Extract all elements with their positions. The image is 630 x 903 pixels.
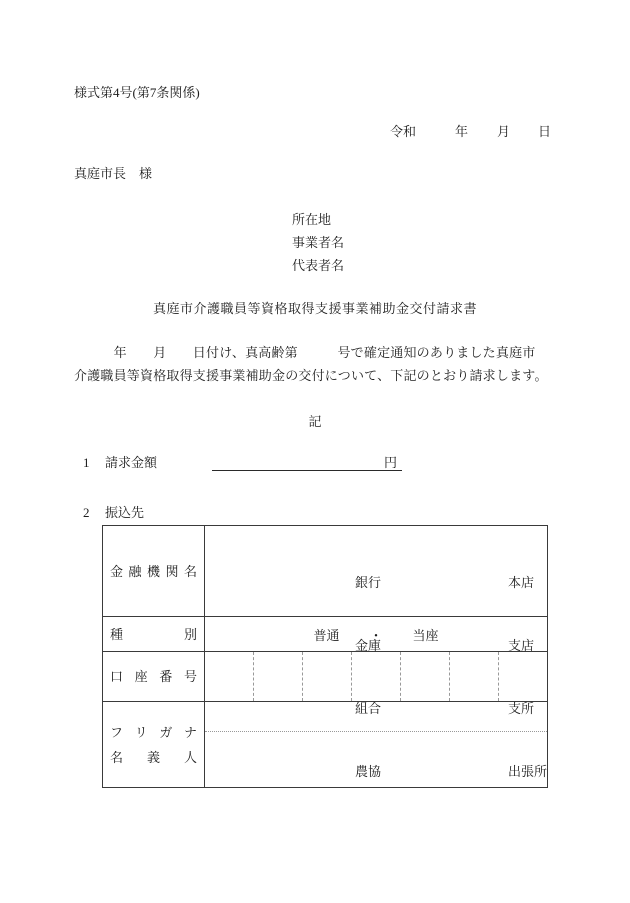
account-type-ordinary: 普通: [313, 625, 339, 644]
furigana-separator-line: [205, 731, 547, 732]
account-holder-cell: [205, 702, 547, 787]
account-number-header: 口 座 番 号: [103, 652, 205, 701]
account-number-row: 口 座 番 号: [103, 652, 547, 702]
record-marker: 記: [0, 414, 630, 429]
body-paragraph-line1: 年 月 日付け、真高齢第 号で確定通知のありました真庭市: [74, 345, 552, 360]
account-digit-box: [303, 652, 352, 701]
account-type-cell: 普通 ・ 当座: [205, 617, 547, 651]
account-digit-box: [499, 652, 547, 701]
account-type-row: 種 別 普通 ・ 当座: [103, 617, 547, 652]
account-type-current: 当座: [413, 625, 439, 644]
account-digit-box: [450, 652, 499, 701]
branch-type-head-office: 本店: [508, 572, 547, 593]
financial-institution-cell: 銀行 金庫 組合 農協 本店 支店 支所 出張所: [205, 526, 547, 616]
sender-address-label: 所在地: [292, 212, 331, 227]
document-title: 真庭市介護職員等資格取得支援事業補助金交付請求書: [0, 301, 630, 316]
account-number-cell: [205, 652, 547, 701]
furigana-label: フ リ ガ ナ: [110, 720, 197, 745]
financial-institution-label: 金 融 機 関 名: [110, 559, 197, 584]
document-page: 様式第4号(第7条関係) 令和 年 月 日 真庭市長 様 所在地 事業者名 代表…: [0, 0, 630, 903]
financial-institution-header: 金 融 機 関 名: [103, 526, 205, 616]
account-holder-row: フ リ ガ ナ 名 義 人: [103, 702, 547, 787]
account-digit-box: [401, 652, 450, 701]
item1-label: 請求金額: [105, 455, 157, 470]
body-paragraph-line2: 介護職員等資格取得支援事業補助金の交付について、下記のとおり請求します。: [74, 368, 552, 383]
date-month-label: 月: [497, 124, 510, 139]
item2-number: 2: [83, 505, 90, 520]
item2-label: 振込先: [105, 505, 144, 520]
claim-amount-blank: 円: [212, 455, 402, 471]
account-type-separator: ・: [369, 625, 382, 644]
sender-business-name-label: 事業者名: [292, 235, 344, 250]
account-type-header: 種 別: [103, 617, 205, 651]
account-digit-box: [254, 652, 303, 701]
sender-representative-label: 代表者名: [292, 258, 344, 273]
date-day-label: 日: [538, 124, 551, 139]
institution-type-bank: 銀行: [355, 572, 388, 593]
account-holder-header: フ リ ガ ナ 名 義 人: [103, 702, 205, 787]
account-number-label: 口 座 番 号: [110, 664, 197, 689]
form-number: 様式第4号(第7条関係): [74, 85, 200, 100]
date-era-label: 令和: [390, 124, 416, 139]
account-holder-label: 名 義 人: [110, 745, 197, 770]
account-type-label: 種 別: [110, 622, 197, 647]
yen-unit-label: 円: [384, 455, 397, 470]
account-digit-box: [205, 652, 254, 701]
financial-institution-row: 金 融 機 関 名 銀行 金庫 組合 農協 本店 支店 支所 出張所: [103, 526, 547, 617]
addressee: 真庭市長 様: [74, 166, 152, 181]
item1-number: 1: [83, 455, 90, 470]
transfer-destination-table: 金 融 機 関 名 銀行 金庫 組合 農協 本店 支店 支所 出張所 種: [102, 525, 548, 788]
account-digit-box: [352, 652, 401, 701]
date-year-label: 年: [455, 124, 468, 139]
